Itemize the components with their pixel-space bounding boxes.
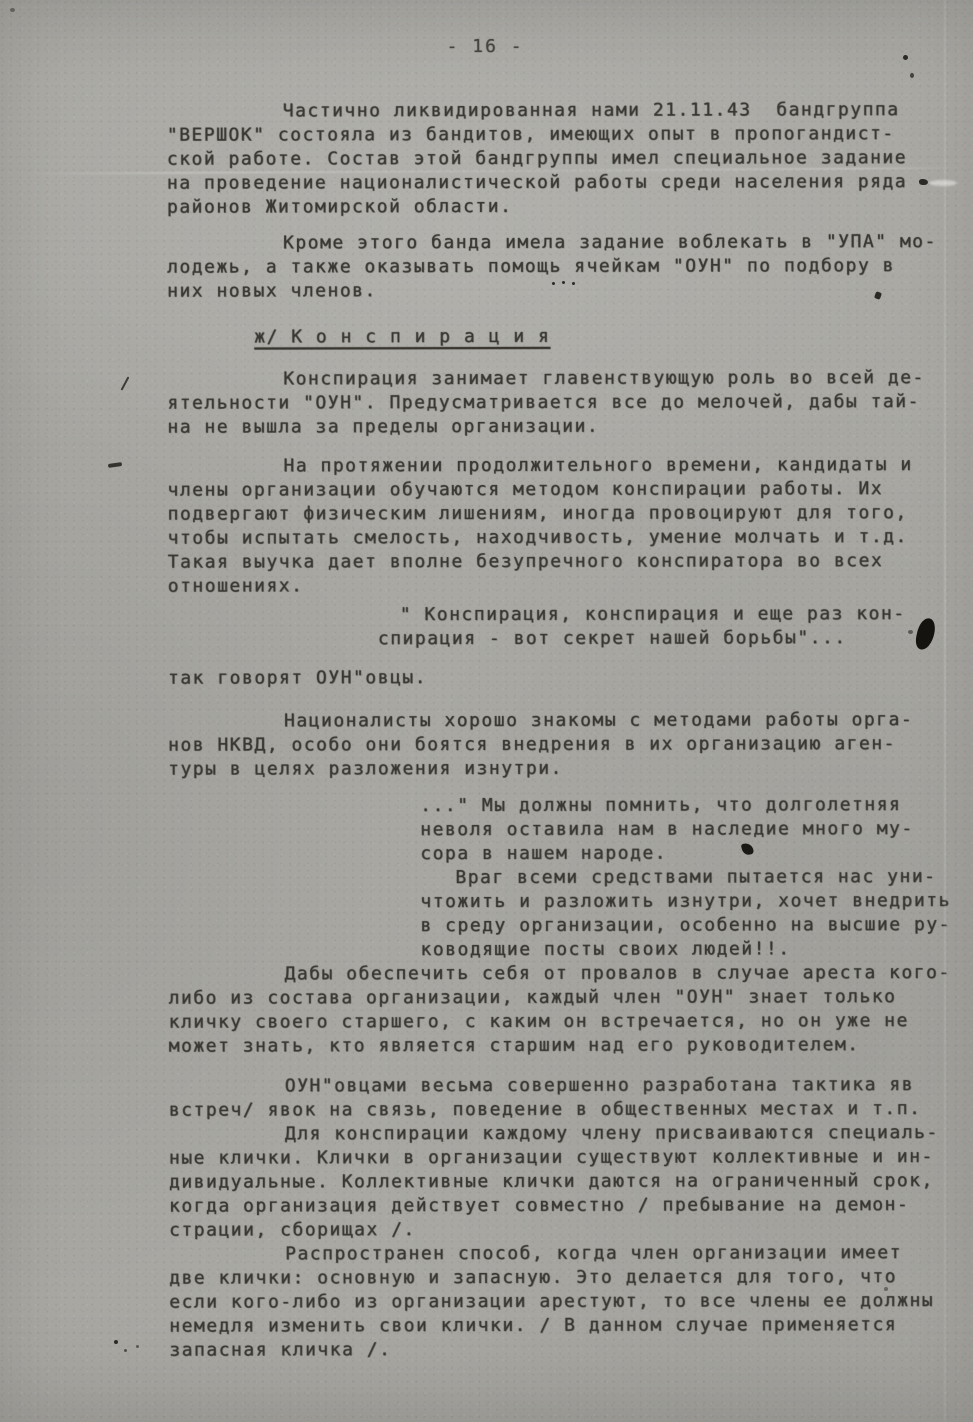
text-line: них новых членов.	[167, 278, 937, 304]
blockquote-slogan: " Конспирация, конспирация и еще раз кон…	[378, 602, 906, 651]
text-line: кличку своего старшего, с каким он встре…	[169, 1009, 951, 1035]
text-line: подвергают физическим лишениям, иногда п…	[168, 501, 913, 527]
text-line: когда организация действует совместно / …	[169, 1193, 939, 1219]
paragraph-training: На протяжении продолжительного времени, …	[167, 453, 912, 599]
text-line: ные клички. Клички в организации существ…	[169, 1145, 939, 1171]
text-line: ..." Мы должны помнить, что долголетняя	[420, 793, 951, 818]
blockquote-enemy: ..." Мы должны помнить, что долголетняя …	[420, 793, 951, 962]
speaker-attribution: так говорят ОУН"овцы.	[168, 666, 427, 691]
text-line: так говорят ОУН"овцы.	[168, 666, 427, 691]
text-line: Распространен способ, когда член организ…	[169, 1241, 934, 1267]
text-line: на проведение националистической работы …	[167, 170, 907, 196]
text-line: Такая выучка дает вполне безупречного ко…	[168, 549, 913, 575]
text-line: ководящие посты своих людей!!.	[420, 937, 951, 962]
text-line: Для конспирации каждому члену присваиваю…	[169, 1121, 939, 1147]
paragraph-klichka-senior: Дабы обеспечить себя от провалов в случа…	[169, 961, 951, 1059]
paragraph-konspiratsiya-role: Конспирация занимает главенствующую роль…	[167, 366, 925, 440]
text-line: районов Житомирской области.	[167, 194, 907, 220]
text-line: Конспирация занимает главенствующую роль…	[167, 366, 925, 392]
paragraph-bandgroup: Частично ликвидированная нами 21.11.43 б…	[167, 98, 907, 220]
section-heading-konspiratsiya: ж/ К о н с п и р а ц и я	[254, 325, 550, 350]
text-line: члены организации обучаются методом конс…	[168, 477, 913, 503]
text-line: дивидуальные. Коллективные клички даются…	[169, 1169, 939, 1195]
page-number: - 16 -	[0, 35, 972, 58]
paragraph-nkvd: Националисты хорошо знакомы с методами р…	[168, 708, 913, 782]
text-line: ОУН"овцами весьма совершенно разработана…	[169, 1073, 939, 1099]
text-line: спирация - вот секрет нашей борьбы"...	[378, 626, 906, 651]
text-line: чтожить и разложить изнутри, хочет внедр…	[420, 889, 951, 914]
text-line: отношениях.	[168, 573, 913, 599]
text-line: Частично ликвидированная нами 21.11.43 б…	[167, 98, 907, 124]
paragraph-tactics-klichki: ОУН"овцами весьма совершенно разработана…	[169, 1073, 939, 1243]
text-line: неволя оставила нам в наследие много му-	[420, 817, 951, 842]
text-line: запасная кличка /.	[169, 1337, 934, 1363]
text-line: две клички: основную и запасную. Это дел…	[169, 1265, 934, 1291]
text-line: немедля изменить свои клички. / В данном…	[169, 1313, 934, 1339]
text-line: если кого-либо из организации арестуют, …	[169, 1289, 934, 1315]
text-line: чтобы испытать смелость, находчивость, у…	[168, 525, 913, 551]
text-line: Дабы обеспечить себя от провалов в случа…	[169, 961, 951, 987]
scanned-document-page: - 16 - Частично ликвидированная нами 21.…	[0, 0, 973, 1422]
text-line: лодежь, а также оказывать помощь ячейкам…	[167, 254, 937, 280]
text-line: страции, сборищах /.	[169, 1217, 939, 1243]
text-line: может знать, кто является старшим над ег…	[169, 1033, 951, 1059]
text-line: На протяжении продолжительного времени, …	[167, 453, 912, 479]
text-line: сора в нашем народе.	[420, 841, 951, 866]
text-line: "ВЕРШОК" состояла из бандитов, имеющих о…	[167, 122, 907, 148]
text-line: ской работе. Состав этой бандгруппы имел…	[167, 146, 907, 172]
text-line: Националисты хорошо знакомы с методами р…	[168, 708, 913, 734]
typewritten-text-layer: - 16 - Частично ликвидированная нами 21.…	[0, 0, 973, 1422]
text-line: нов НКВД, особо они боятся внедрения в и…	[168, 732, 913, 758]
paragraph-two-klichki: Распространен способ, когда член организ…	[169, 1241, 934, 1363]
text-line: ятельности "ОУН". Предусматривается все …	[167, 390, 925, 416]
text-line: на не вышла за пределы организации.	[167, 414, 925, 440]
text-line: Кроме этого банда имела задание воблекат…	[167, 230, 937, 256]
text-line: встреч/ явок на связь, поведение в общес…	[169, 1097, 939, 1123]
text-line: Враг всеми средствами пытается нас уни-	[420, 865, 951, 890]
text-line: туры в целях разложения изнутри.	[168, 756, 913, 782]
text-line: в среду организации, особенно на высшие …	[420, 913, 951, 938]
paragraph-upa-task: Кроме этого банда имела задание воблекат…	[167, 230, 937, 304]
text-line: либо из состава организации, каждый член…	[169, 985, 951, 1011]
text-line: " Конспирация, конспирация и еще раз кон…	[378, 602, 906, 627]
